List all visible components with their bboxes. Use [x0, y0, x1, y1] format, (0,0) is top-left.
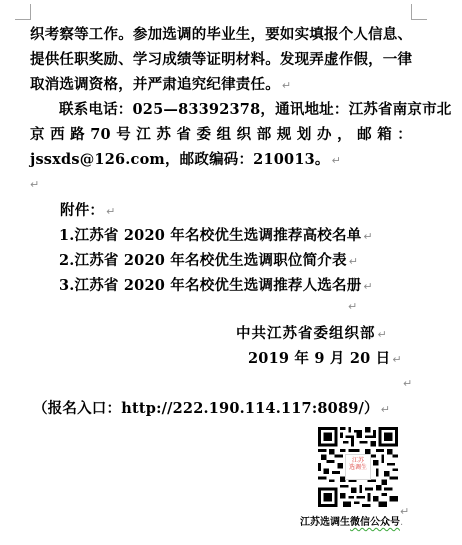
char: 江: [136, 125, 151, 145]
paragraph-line: 取消选调资格，并严肃追究纪律责任。↵: [30, 75, 291, 96]
char: 组: [217, 125, 232, 145]
qr-caption: 江苏选调生微信公众号.: [300, 513, 403, 528]
registration-link[interactable]: （报名入口：http://222.190.114.117:8089/）: [33, 400, 379, 417]
contact-phone-address: 联系电话：025—83392378，通讯地址：江苏省南京市北: [59, 101, 451, 118]
text-line: 取消选调资格，并严肃追究纪律责任。: [30, 76, 280, 93]
char: 路: [70, 125, 85, 145]
paragraph-mark-icon: ↵: [363, 280, 372, 293]
text-line: 织考察等工作。参加选调的毕业生，要如实填报个人信息、: [30, 26, 412, 43]
paragraph-mark-icon: ↵: [349, 255, 358, 268]
char: 70: [90, 125, 111, 145]
signature-organization: 中共江苏省委组织部↵: [236, 324, 388, 345]
text-line: 提供任职奖励、学习成绩等证明材料。发现弄虚作假，一律: [30, 51, 412, 68]
char: 邮: [357, 125, 372, 145]
paragraph-mark-icon: ↵: [348, 300, 357, 313]
paragraph-mark-icon: ↵: [363, 230, 372, 243]
attachment-item-text: 2.江苏省 2020 年名校优生选调职位简介表: [59, 252, 347, 269]
paragraph-mark-icon: ↵: [30, 178, 39, 191]
char: 苏: [156, 125, 171, 145]
char: 织: [237, 125, 252, 145]
attachment-item: 3.江苏省 2020 年名校优生选调推荐人选名册↵: [59, 276, 373, 297]
contact-line-justified: 京 西 路 70 号 江 苏 省 委 组 织 部 规 划 办 ， 邮 箱 ：: [30, 125, 412, 145]
char: ：: [397, 125, 412, 145]
date-text: 2019 年 9 月 20 日: [248, 350, 390, 367]
qr-logo-line2: 选调生: [348, 464, 368, 471]
paragraph-mark-icon: ↵: [403, 377, 412, 390]
char: 办: [317, 125, 332, 145]
char: 省: [176, 125, 191, 145]
attachment-item-text: 3.江苏省 2020 年名校优生选调推荐人选名册: [59, 277, 361, 294]
attachments-heading-text: 附件：: [60, 202, 104, 219]
paragraph-mark-icon: ↵: [332, 154, 341, 167]
char: 划: [297, 125, 312, 145]
attachments-heading: 附件：↵: [60, 201, 116, 222]
qr-logo-line1: 江苏: [348, 457, 368, 464]
attachment-item-text: 1.江苏省 2020 年名校优生选调推荐高校名单: [59, 227, 361, 244]
paragraph-mark-icon: ↵: [106, 205, 115, 218]
paragraph-mark-icon: ↵: [392, 353, 401, 366]
char: 箱: [377, 125, 392, 145]
char: 西: [50, 125, 65, 145]
qr-caption-part2-spellcheck: 微信公众号: [350, 517, 400, 528]
char: ，: [337, 125, 352, 145]
registration-link-line: （报名入口：http://222.190.114.117:8089/）↵: [33, 399, 390, 420]
char: 规: [277, 125, 292, 145]
contact-line: 联系电话：025—83392378，通讯地址：江苏省南京市北: [59, 100, 451, 120]
qr-logo: 江苏 选调生: [348, 457, 368, 471]
page-corner-mark-left: [15, 4, 31, 20]
organization-name: 中共江苏省委组织部: [236, 325, 376, 342]
paragraph-line: 织考察等工作。参加选调的毕业生，要如实填报个人信息、: [30, 25, 412, 45]
attachment-item: 1.江苏省 2020 年名校优生选调推荐高校名单↵: [59, 226, 373, 247]
page-corner-mark-right: [411, 4, 427, 20]
char: 委: [197, 125, 212, 145]
paragraph-end-dot: .: [400, 517, 403, 528]
paragraph-mark-icon: ↵: [282, 79, 291, 92]
contact-email-postcode: jssxds@126.com，邮政编码：210013。: [30, 151, 330, 168]
char: 号: [116, 125, 131, 145]
char: 京: [30, 125, 45, 145]
contact-line: jssxds@126.com，邮政编码：210013。↵: [30, 150, 341, 171]
wechat-qr-code: 江苏 选调生: [318, 427, 398, 507]
attachment-item: 2.江苏省 2020 年名校优生选调职位简介表↵: [59, 251, 358, 272]
paragraph-mark-icon: ↵: [381, 403, 390, 416]
qr-caption-part1: 江苏选调生: [300, 517, 350, 528]
signature-date: 2019 年 9 月 20 日↵: [248, 349, 402, 370]
paragraph-line: 提供任职奖励、学习成绩等证明材料。发现弄虚作假，一律: [30, 50, 412, 70]
char: 部: [257, 125, 272, 145]
paragraph-mark-icon: ↵: [378, 328, 388, 341]
